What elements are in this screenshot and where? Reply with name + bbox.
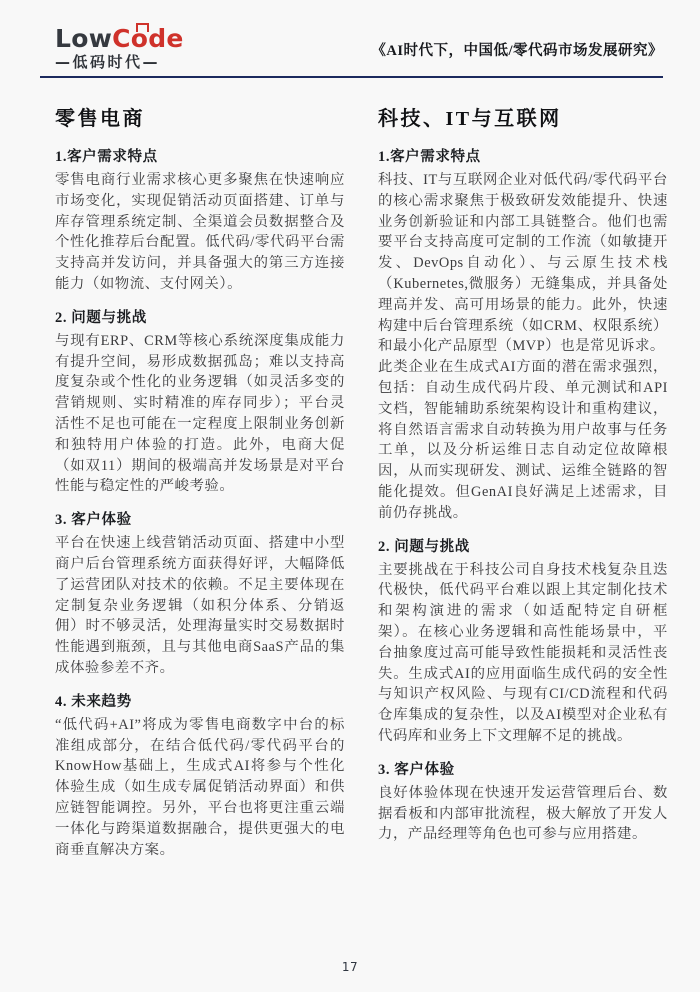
right-section-2-paragraph: 主要挑战在于科技公司自身技术栈复杂且迭代极快，低代码平台难以跟上其定制化技术和架…: [378, 560, 668, 747]
left-section-2-paragraph: 与现有ERP、CRM等核心系统深度集成能力有提升空间，易形成数据孤岛；难以支持高…: [55, 331, 345, 497]
logo-wordmark: LowCode: [55, 26, 184, 51]
column-tech-it-internet: 科技、IT与互联网 1.客户需求特点 科技、IT与互联网企业对低代码/零代码平台…: [378, 102, 668, 860]
right-section-1-paragraph-1: 科技、IT与互联网企业对低代码/零代码平台的核心需求聚焦于极致研发效能提升、快速…: [378, 170, 668, 357]
report-title: 《AI时代下，中国低/零代码市场发展研究》: [371, 39, 663, 70]
logo-low-text: Low: [55, 24, 112, 53]
right-section-1-heading: 1.客户需求特点: [378, 145, 668, 166]
column-title-retail: 零售电商: [55, 102, 345, 131]
right-section-3-heading: 3. 客户体验: [378, 758, 668, 779]
left-section-3-heading: 3. 客户体验: [55, 508, 345, 529]
column-title-tech: 科技、IT与互联网: [378, 102, 668, 131]
content-columns: 零售电商 1.客户需求特点 零售电商行业需求核心更多聚焦在快速响应市场变化，实现…: [0, 78, 700, 860]
logo-bracket-icon: [136, 23, 149, 32]
column-retail-ecommerce: 零售电商 1.客户需求特点 零售电商行业需求核心更多聚焦在快速响应市场变化，实现…: [55, 102, 345, 860]
left-section-4-paragraph: “低代码+AI”将成为零售电商数字中台的标准组成部分，在结合低代码/零代码平台的…: [55, 715, 345, 861]
document-page: LowCode —低码时代— 《AI时代下，中国低/零代码市场发展研究》 零售电…: [0, 0, 700, 992]
left-section-1-paragraph: 零售电商行业需求核心更多聚焦在快速响应市场变化，实现促销活动页面搭建、订单与库存…: [55, 170, 345, 295]
left-section-4-heading: 4. 未来趋势: [55, 690, 345, 711]
right-section-2-heading: 2. 问题与挑战: [378, 535, 668, 556]
logo-cjk-tagline: —低码时代—: [55, 55, 184, 70]
page-number: 17: [342, 960, 358, 974]
left-section-2-heading: 2. 问题与挑战: [55, 306, 345, 327]
right-section-1-paragraph-2: 此类企业在生成式AI方面的潜在需求强烈，包括：自动生成代码片段、单元测试和API…: [378, 357, 668, 523]
left-section-3-paragraph: 平台在快速上线营销活动页面、搭建中小型商户后台管理系统方面获得好评，大幅降低了运…: [55, 533, 345, 679]
right-section-3-paragraph: 良好体验体现在快速开发运营管理后台、数据看板和内部审批流程，极大解放了开发人力，…: [378, 783, 668, 845]
left-section-1-heading: 1.客户需求特点: [55, 145, 345, 166]
page-header: LowCode —低码时代— 《AI时代下，中国低/零代码市场发展研究》: [0, 0, 700, 70]
page-footer: 17: [0, 958, 700, 976]
lowcode-logo: LowCode —低码时代—: [55, 26, 184, 70]
